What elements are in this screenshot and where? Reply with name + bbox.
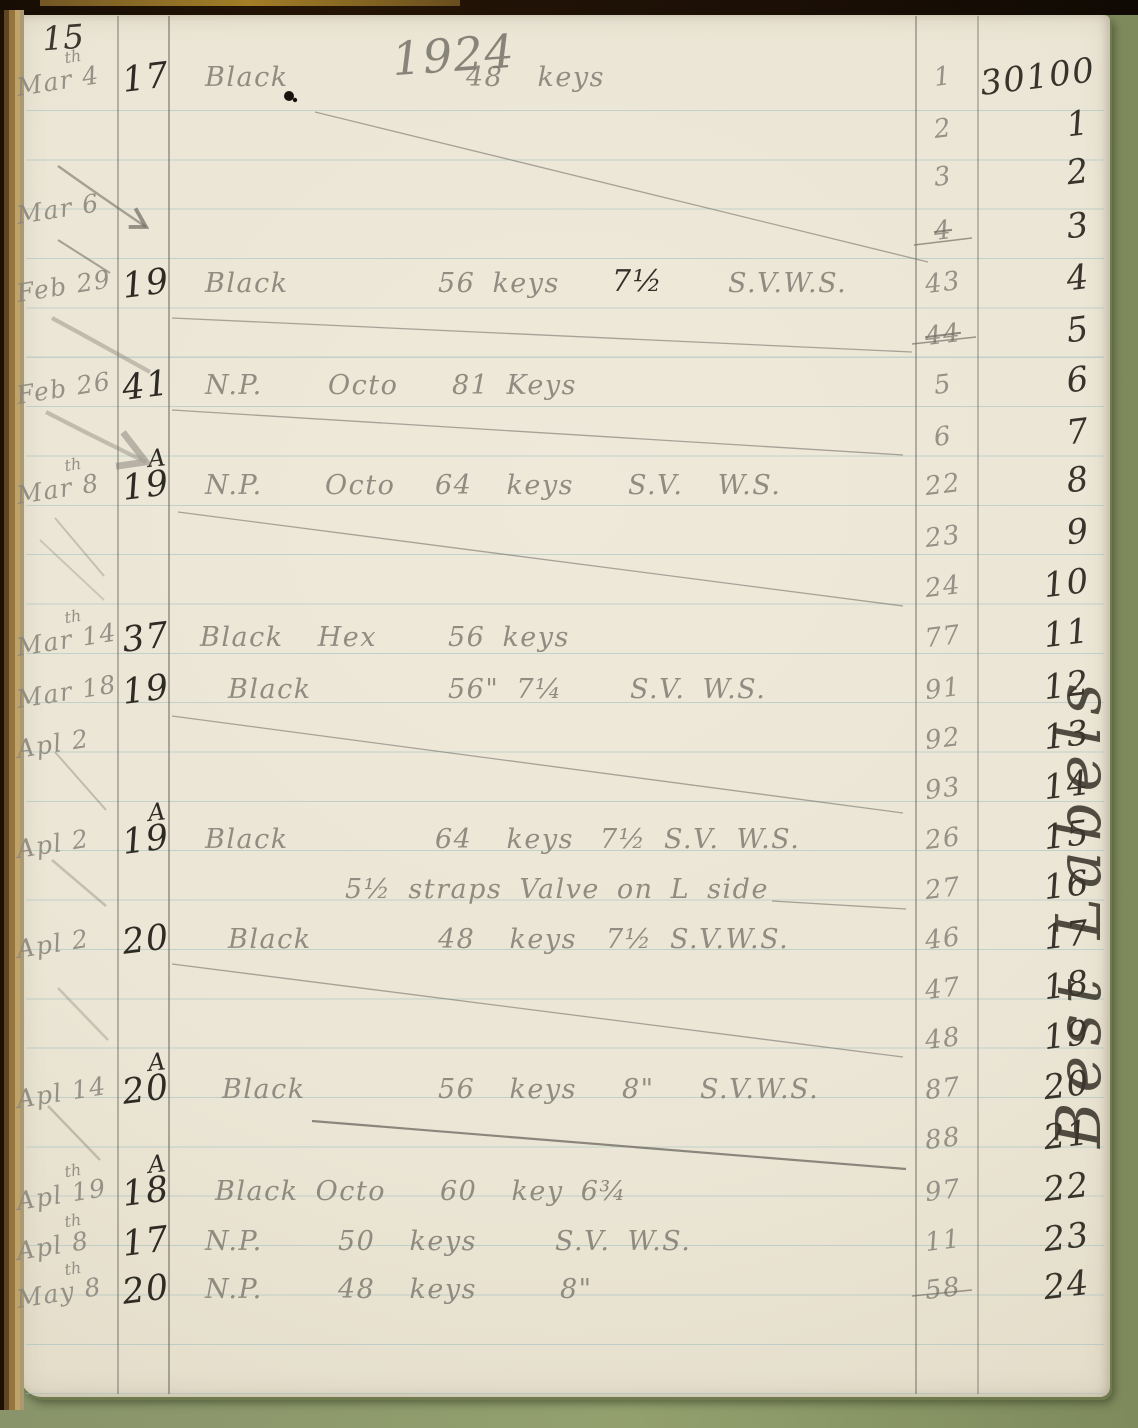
entry-date: Mar 14th: [14, 617, 121, 662]
label-count-number: 4: [978, 256, 1098, 310]
label-count-number: 5: [978, 308, 1098, 362]
batch-number: 41: [116, 363, 176, 410]
ledger-row: Apl 219ABlack64 keys7½S.V. W.S.2615: [0, 822, 1138, 868]
margin-vertical-note: Best Labels: [1042, 428, 1115, 1148]
ledger-row: 67: [0, 420, 1138, 466]
entry-description: 48 keys: [438, 924, 577, 955]
ledger-row: Mar 1819Black56" 7¼S.V. W.S.9112: [0, 672, 1138, 718]
batch-number: 19: [116, 667, 176, 714]
serial-sub-number: 46: [914, 921, 971, 957]
label-count-number: 24: [978, 1262, 1098, 1316]
serial-sub-number: 26: [914, 821, 971, 857]
ledger-row: Apl 1420ABlack56 keys8"S.V.W.S.8720: [0, 1072, 1138, 1118]
serial-sub-number: 1: [914, 59, 971, 95]
batch-number: 20: [116, 1267, 176, 1314]
serial-sub-number: 3: [914, 159, 971, 195]
entry-description: S.V. W.S.: [628, 470, 781, 501]
entry-date: Mar 4th: [14, 57, 121, 102]
entry-description: Black: [205, 824, 289, 855]
serial-sub-number: 27: [914, 871, 971, 907]
serial-sub-number: 43: [914, 265, 971, 301]
label-count-number: 1: [978, 102, 1098, 156]
ledger-row: Apl 8th17N.P.50 keysS.V. W.S.1123: [0, 1224, 1138, 1270]
date-ordinal-suffix: th: [63, 46, 83, 67]
serial-sub-number: 5: [914, 367, 971, 403]
entry-description: 56" 7¼: [448, 674, 563, 705]
entry-description: 60 key 6¾: [440, 1176, 627, 1207]
serial-sub-number: 77: [914, 619, 971, 655]
batch-prefix: A: [147, 1047, 169, 1077]
entry-description: N.P.: [205, 1226, 263, 1257]
serial-sub-number: 24: [914, 569, 971, 605]
entry-date: May 8th: [14, 1269, 121, 1314]
label-count-number: 3: [978, 204, 1098, 258]
serial-sub-number: 87: [914, 1071, 971, 1107]
ledger-row: Apl 19th18ABlack Octo60 key 6¾9722: [0, 1174, 1138, 1220]
serial-sub-number: 92: [914, 721, 971, 757]
ledger-row: Mar 8th19AN.P.Octo64 keysS.V. W.S.228: [0, 468, 1138, 514]
entry-description: 50 keys: [338, 1226, 477, 1257]
entry-description: 56 keys: [438, 1074, 577, 1105]
ledger-rows: Mar 4th17Black48 keys13010021Mar 63243Fe…: [0, 0, 1138, 1428]
serial-sub-number: 91: [914, 671, 971, 707]
entry-date: Apl 2: [14, 919, 121, 964]
label-count-number: 23: [978, 1214, 1098, 1268]
date-ordinal-suffix: th: [63, 606, 83, 627]
ledger-row: 5½ straps Valve on L side2716: [0, 872, 1138, 918]
ledger-row: Feb 2641N.P.Octo81 Keys56: [0, 368, 1138, 414]
ledger-row: 239: [0, 520, 1138, 566]
label-count-number: 22: [978, 1164, 1098, 1218]
serial-sub-number: 22: [914, 467, 971, 503]
entry-description: Octo: [328, 370, 398, 401]
batch-number: 17: [116, 55, 176, 102]
entry-description: S.V. W.S.: [630, 674, 766, 705]
entry-description: S.V.W.S.: [728, 268, 847, 299]
serial-sub-number: 88: [914, 1121, 971, 1157]
entry-description: Black: [205, 268, 289, 299]
ledger-row: 2410: [0, 570, 1138, 616]
entry-description: 7½: [612, 264, 663, 299]
entry-date: Feb 29: [14, 263, 121, 308]
serial-sub-number: 58: [914, 1271, 971, 1307]
ledger-row: 4718: [0, 972, 1138, 1018]
ledger-row: 43: [0, 214, 1138, 260]
date-ordinal-suffix: th: [63, 1210, 83, 1231]
ledger-row: Feb 2919Black56 keys7½S.V.W.S.434: [0, 266, 1138, 312]
ledger-row: Apl 29213: [0, 722, 1138, 768]
entry-date: Mar 18: [14, 669, 121, 714]
entry-description: 7½: [600, 824, 646, 855]
batch-prefix: A: [147, 443, 169, 473]
entry-description: 64 keys: [435, 824, 574, 855]
entry-date: Mar 8th: [14, 465, 121, 510]
serial-sub-number: 6: [914, 419, 971, 455]
entry-description: N.P.: [205, 1274, 263, 1305]
serial-sub-number: 2: [914, 111, 971, 147]
ledger-row: 445: [0, 318, 1138, 364]
entry-date: Apl 2: [14, 719, 121, 764]
entry-description: 56 keys: [438, 268, 560, 299]
serial-sub-number: 23: [914, 519, 971, 555]
ledger-row: 21: [0, 112, 1138, 158]
entry-date: Feb 26: [14, 365, 121, 410]
ledger-row: Mar 4th17Black48 keys130100: [0, 60, 1138, 106]
entry-description: 8": [622, 1074, 655, 1105]
entry-description: 48 keys: [338, 1274, 477, 1305]
ledger-row: 8821: [0, 1122, 1138, 1168]
batch-number: 20: [116, 917, 176, 964]
serial-sub-number: 44: [914, 317, 971, 353]
entry-description: 56 keys: [448, 622, 570, 653]
entry-date: Apl 2: [14, 819, 121, 864]
serial-sub-number: 47: [914, 971, 971, 1007]
entry-description: 7½: [606, 924, 652, 955]
label-count-number: 2: [978, 150, 1098, 204]
entry-description: Black: [228, 924, 312, 955]
serial-sub-number: 48: [914, 1021, 971, 1057]
serial-sub-number: 93: [914, 771, 971, 807]
entry-description: 5½ straps Valve on L side: [345, 874, 769, 905]
entry-description: 8": [560, 1274, 593, 1305]
ledger-row: Apl 220Black48 keys7½S.V.W.S.4617: [0, 922, 1138, 968]
entry-description: 48 keys: [466, 62, 605, 93]
batch-number: 19: [116, 261, 176, 308]
entry-description: 81 Keys: [452, 370, 577, 401]
entry-date: Apl 19th: [14, 1171, 121, 1216]
ledger-row: 4819: [0, 1022, 1138, 1068]
batch-prefix: A: [147, 1149, 169, 1179]
entry-description: S.V. W.S.: [555, 1226, 691, 1257]
entry-description: Black: [222, 1074, 306, 1105]
serial-sub-number: 97: [914, 1173, 971, 1209]
entry-description: Black: [228, 674, 312, 705]
serial-sub-number: 11: [914, 1223, 971, 1259]
entry-description: Black Hex: [200, 622, 377, 653]
ledger-photo: 15 1924 Mar 4th17Black48 keys13010021Mar…: [0, 0, 1138, 1428]
entry-description: Black Octo: [215, 1176, 386, 1207]
batch-prefix: A: [147, 797, 169, 827]
entry-description: N.P.: [205, 470, 263, 501]
entry-description: S.V. W.S.: [664, 824, 800, 855]
serial-sub-number: 4: [914, 213, 971, 249]
entry-description: 64 keys: [435, 470, 574, 501]
ledger-row: May 8th20N.P.48 keys8"5824: [0, 1272, 1138, 1318]
entry-date: Apl 14: [14, 1069, 121, 1114]
batch-number: 37: [116, 615, 176, 662]
date-ordinal-suffix: th: [63, 1160, 83, 1181]
entry-description: S.V.W.S.: [670, 924, 789, 955]
ledger-row: Mar 632: [0, 160, 1138, 206]
entry-description: S.V.W.S.: [700, 1074, 819, 1105]
label-count-number: 6: [978, 358, 1098, 412]
ledger-row: Mar 14th37Black Hex56 keys7711: [0, 620, 1138, 666]
entry-description: Black: [205, 62, 289, 93]
entry-description: N.P.: [205, 370, 263, 401]
date-ordinal-suffix: th: [63, 454, 83, 475]
label-count-number: 30100: [978, 50, 1098, 104]
batch-number: 17: [116, 1219, 176, 1266]
ledger-row: 9314: [0, 772, 1138, 818]
date-ordinal-suffix: th: [63, 1258, 83, 1279]
entry-description: Octo: [325, 470, 395, 501]
